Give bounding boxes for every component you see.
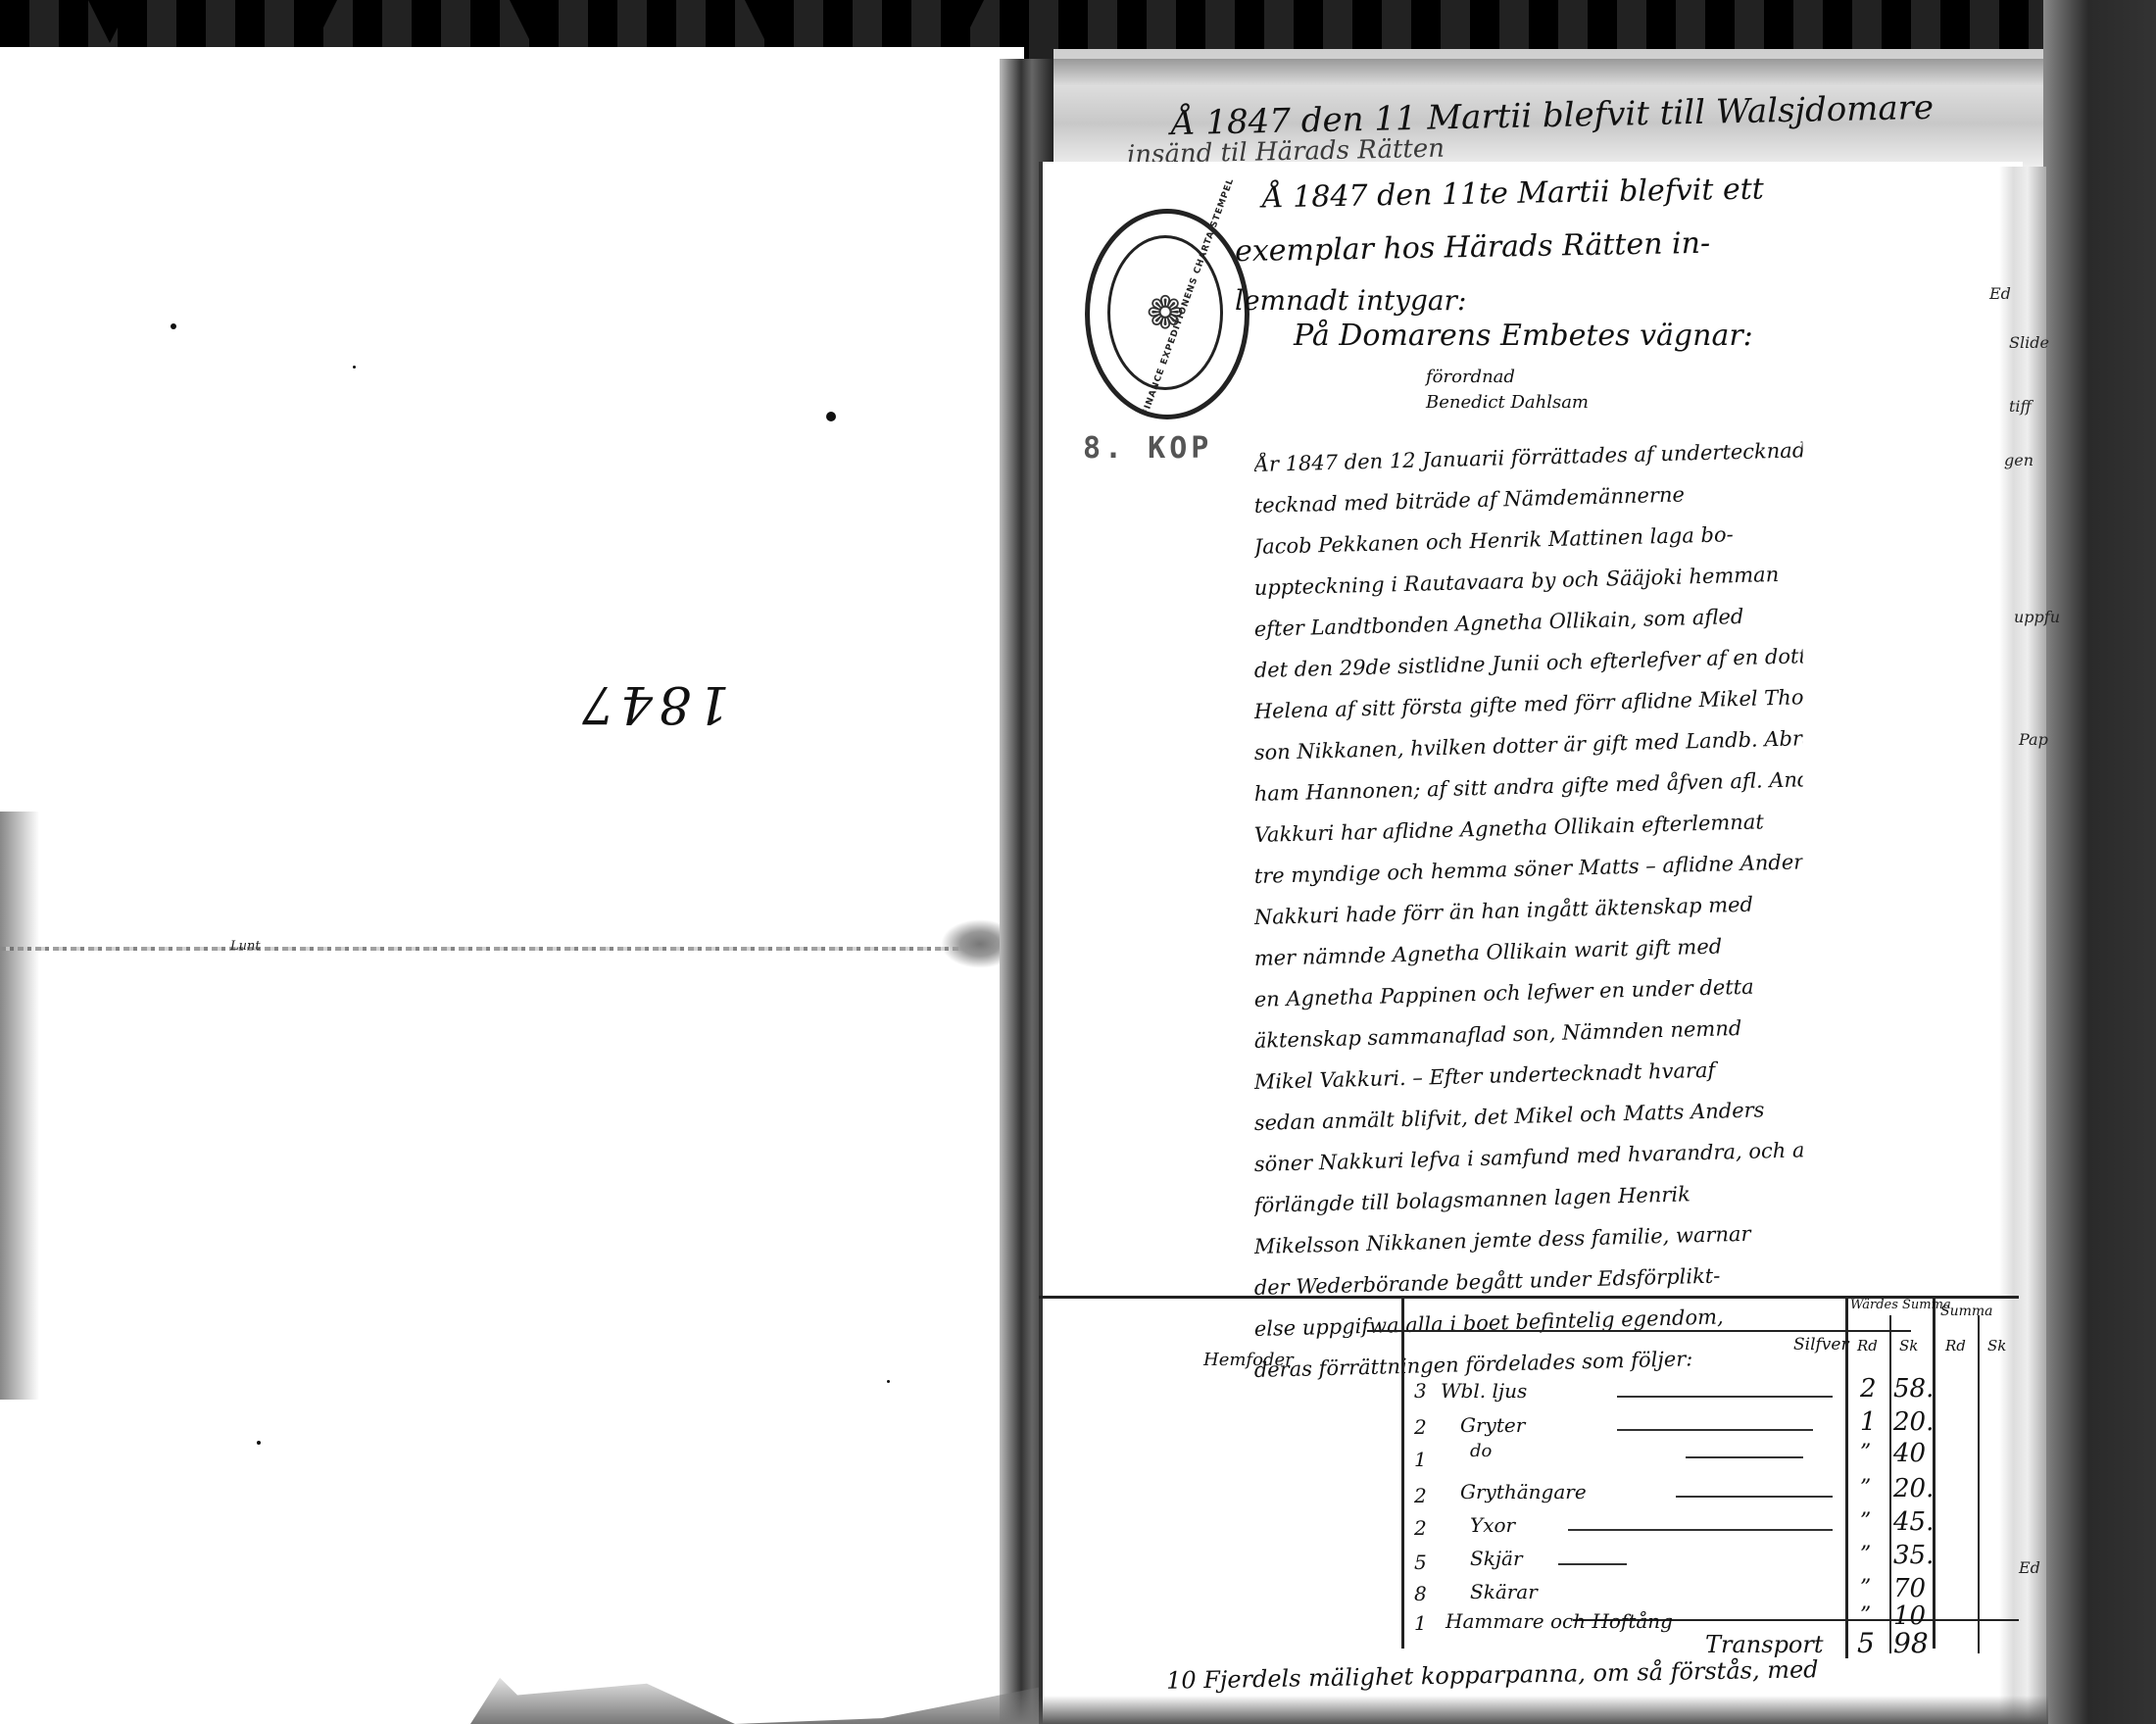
- fold-crease: [0, 947, 980, 951]
- margin-note: Slide: [2009, 333, 2049, 352]
- tax-stamp: ❁ FINANCE EXPEDITIONENS CHARTA STEMPEL: [1085, 209, 1249, 419]
- left-page: [0, 47, 1024, 1724]
- row-rd: ”: [1860, 1576, 1871, 1601]
- row-sk: 20.: [1893, 1474, 1934, 1503]
- pencil-note: Lunt: [230, 939, 261, 954]
- copy-stamp: 8. KOP: [1083, 431, 1212, 466]
- filing-note-line5: förordnad: [1426, 367, 1515, 387]
- margin-note: Pap: [2019, 730, 2048, 749]
- row-qty: 1: [1414, 1611, 1427, 1635]
- leader-line: [1617, 1429, 1813, 1431]
- total-rd: 5: [1857, 1627, 1875, 1659]
- row-item: Yxor: [1470, 1513, 1515, 1537]
- torn-edge-jag: [941, 0, 984, 43]
- ink-spot: [257, 1441, 261, 1445]
- torn-edge-jag: [88, 0, 131, 43]
- col-header-value-sk: Sk: [1899, 1337, 1918, 1355]
- inventory-table: Hemfoder Wärdes Summa Summa Silfver Rd S…: [1039, 1296, 2019, 1658]
- row-item: Grythängare: [1460, 1480, 1587, 1503]
- table-divider: [1933, 1296, 1935, 1649]
- ink-spot: [887, 1380, 890, 1383]
- inverted-year-annotation: 1847: [576, 674, 729, 733]
- row-item: Wbl. ljus: [1441, 1379, 1527, 1403]
- row-item: Skärar: [1470, 1580, 1538, 1603]
- col-header-value-rd: Rd: [1857, 1337, 1878, 1355]
- ink-spot: [826, 412, 836, 421]
- row-rd: 2: [1860, 1374, 1877, 1404]
- col-header-items: Silfver: [1793, 1335, 1849, 1355]
- row-qty: 8: [1414, 1582, 1427, 1605]
- section-label: Hemfoder: [1203, 1350, 1294, 1370]
- col-header-sum: Summa: [1940, 1304, 1993, 1319]
- row-item: Skjär: [1470, 1547, 1523, 1570]
- row-item: Hammare och Hoftång: [1445, 1609, 1673, 1633]
- col-header-sum-sk: Sk: [1987, 1337, 2006, 1355]
- scan-background: [2043, 0, 2156, 1724]
- torn-edge-jag: [294, 0, 337, 43]
- table-divider: [1889, 1315, 1891, 1653]
- inventory-preamble: År 1847 den 12 Januarii förrättades af u…: [1254, 453, 1803, 1400]
- total-sk: 98: [1893, 1627, 1929, 1659]
- table-divider: [1978, 1315, 1980, 1653]
- row-rd: ”: [1860, 1509, 1871, 1534]
- row-qty: 2: [1414, 1484, 1427, 1507]
- page-edge-shadow: [0, 812, 39, 1400]
- leader-line: [1617, 1396, 1833, 1398]
- row-sk: 35.: [1893, 1541, 1934, 1570]
- row-rd: 1: [1860, 1407, 1877, 1437]
- leader-line: [1676, 1496, 1833, 1498]
- filing-note-line4: På Domarens Embetes vägnar:: [1294, 319, 1753, 353]
- margin-note: gen: [2004, 451, 2033, 469]
- torn-edge-jag: [745, 0, 788, 43]
- row-sk: 40: [1893, 1439, 1926, 1468]
- row-sk: 45.: [1893, 1507, 1934, 1537]
- torn-edge-jag: [510, 0, 553, 43]
- row-rd: ”: [1860, 1441, 1871, 1465]
- margin-note: Ed: [2019, 1558, 2040, 1577]
- row-sk: 70: [1893, 1574, 1926, 1603]
- row-qty: 2: [1414, 1516, 1427, 1540]
- row-item: Gryter: [1460, 1413, 1525, 1437]
- col-header-sum-rd: Rd: [1945, 1337, 1966, 1355]
- leader-line: [1558, 1563, 1627, 1565]
- ink-spot: [353, 366, 356, 369]
- filing-note-line3: lemnadt intygar:: [1235, 284, 1466, 317]
- row-item: do: [1470, 1441, 1492, 1461]
- ink-spot: [171, 323, 176, 329]
- row-qty: 3: [1414, 1379, 1427, 1403]
- row-qty: 2: [1414, 1415, 1427, 1439]
- table-divider: [1401, 1296, 1404, 1649]
- table-header-rule: [1367, 1330, 1911, 1332]
- row-rd: ”: [1860, 1543, 1871, 1567]
- col-header-value: Wärdes Summa: [1850, 1298, 1951, 1312]
- bottom-edge-shadow: [1039, 1696, 2048, 1724]
- row-qty: 1: [1414, 1448, 1427, 1471]
- margin-note: Ed: [1989, 284, 2011, 303]
- row-rd: ”: [1860, 1476, 1871, 1501]
- row-rd: ”: [1860, 1603, 1871, 1628]
- row-sk: 20.: [1893, 1407, 1934, 1437]
- margin-note: uppfu: [2014, 608, 2060, 626]
- leader-line: [1568, 1529, 1833, 1531]
- row-sk: 58.: [1893, 1374, 1934, 1404]
- row-qty: 5: [1414, 1551, 1427, 1574]
- total-label: Transport: [1705, 1631, 1824, 1658]
- signature: Benedict Dahlsam: [1426, 392, 1589, 413]
- leader-line: [1686, 1456, 1803, 1458]
- margin-note: tiff: [2009, 397, 2032, 416]
